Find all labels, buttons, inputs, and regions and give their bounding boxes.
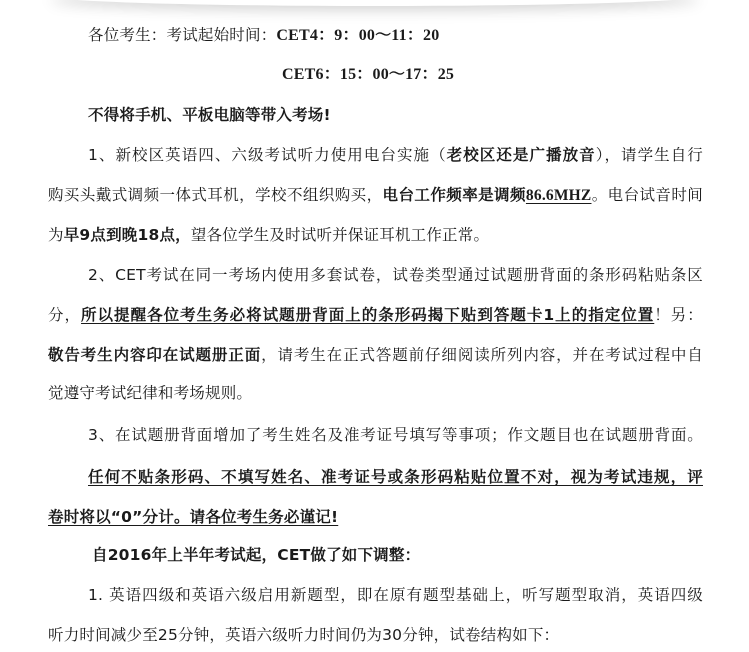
item1-text: 望各位学生及时试听并保证耳机工作正常。 bbox=[191, 226, 489, 244]
greeting-text: 各位考生：考试起始时间： bbox=[88, 26, 276, 44]
item2-text: ，请考生在正式答题前仔细阅读所列内容，并在考试过程中自 bbox=[261, 346, 703, 364]
item1-text: ），请学生自行 bbox=[596, 146, 703, 164]
exam-time-line: 各位考生：考试起始时间：CET4：9：00～11：20 bbox=[88, 25, 439, 46]
item1-text: 购买头戴式调频一体式耳机，学校不组织购买， bbox=[48, 186, 383, 204]
page-top-shadow bbox=[50, 0, 700, 6]
adjustments-item1-line1: 1. 英语四级和英语六级启用新题型，即在原有题型基础上，听写题型取消，英语四级 bbox=[88, 585, 703, 605]
adjustments-item1-line2: 听力时间减少至25分钟，英语六级听力时间仍为30分钟，试卷结构如下： bbox=[48, 625, 559, 645]
adjustments-heading: 自2016年上半年考试起，CET做了如下调整： bbox=[92, 545, 420, 565]
radio-frequency-value: 86.6MHZ bbox=[526, 187, 592, 204]
cet4-time: CET4：9：00～11：20 bbox=[276, 27, 439, 44]
item1-text: 1、新校区英语四、六级考试听力使用电台实施（ bbox=[88, 146, 447, 164]
item1-text: 。电台试音时间 bbox=[591, 186, 703, 204]
cet6-time: CET6：15：00～17：25 bbox=[282, 65, 454, 85]
item2-line2: 分，所以提醒各位考生务必将试题册背面上的条形码揭下贴到答题卡1上的指定位置！另： bbox=[48, 305, 703, 325]
test-hours: 早9点到晚18点， bbox=[64, 226, 191, 244]
notice-location: 敬告考生内容印在试题册正面 bbox=[48, 346, 261, 364]
item2-line4: 觉遵守考试纪律和考场规则。 bbox=[48, 383, 252, 403]
item3-line1: 3、在试题册背面增加了考生姓名及准考证号填写等事项；作文题目也在试题册背面。 bbox=[88, 425, 703, 445]
no-devices-warning: 不得将手机、平板电脑等带入考场! bbox=[88, 105, 331, 125]
item1-line1: 1、新校区英语四、六级考试听力使用电台实施（老校区还是广播放音），请学生自行 bbox=[88, 145, 703, 165]
item2-line3: 敬告考生内容印在试题册正面，请考生在正式答题前仔细阅读所列内容，并在考试过程中自 bbox=[48, 345, 703, 365]
item1-text: 为 bbox=[48, 226, 64, 244]
radio-frequency-label: 电台工作频率是调频 bbox=[383, 186, 526, 204]
violation-warning-line1: 任何不贴条形码、不填写姓名、准考证号或条形码粘贴位置不对，视为考试违规，评 bbox=[88, 467, 703, 487]
item2-line1: 2、CET考试在同一考场内使用多套试卷，试卷类型通过试题册背面的条形码粘贴条区 bbox=[88, 265, 703, 285]
violation-warning-line2: 卷时将以“0”分计。请各位考生务必谨记! bbox=[48, 507, 338, 527]
barcode-instruction: 所以提醒各位考生务必将试题册背面上的条形码揭下贴到答题卡1上的指定位置 bbox=[81, 306, 654, 324]
item1-line3: 为早9点到晚18点，望各位学生及时试听并保证耳机工作正常。 bbox=[48, 225, 489, 245]
item2-text: ！另： bbox=[654, 306, 703, 324]
old-campus-broadcast: 老校区还是广播放音 bbox=[447, 146, 596, 164]
item2-text: 分， bbox=[48, 306, 81, 324]
item1-line2: 购买头戴式调频一体式耳机，学校不组织购买，电台工作频率是调频86.6MHZ。电台… bbox=[48, 185, 703, 206]
